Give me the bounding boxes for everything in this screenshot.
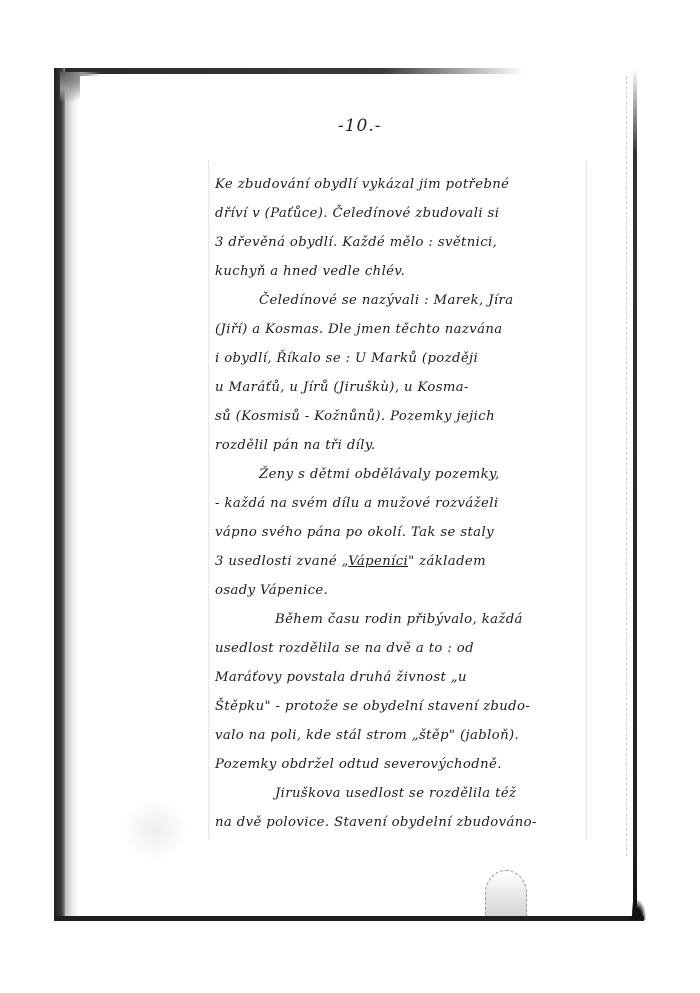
book-cover-top-edge (54, 68, 524, 74)
text-line: 3 dřevěná obydlí. Každé mělo : světnici, (215, 228, 595, 257)
page-number: -10.- (338, 116, 382, 136)
underlined-word: Vápeníci (348, 554, 408, 569)
text-line: Pozemky obdržel odtud severovýchodně. (215, 750, 595, 779)
text-line: osady Vápenice. (215, 576, 595, 605)
text-line: vápno svého pána po okolí. Tak se staly (215, 518, 595, 547)
book-cover-right-edge (633, 68, 637, 920)
text-line: usedlost rozdělila se na dvě a to : od (215, 634, 595, 663)
text-line: dříví v (Paťůce). Čeledínové zbudovali s… (215, 199, 595, 228)
text-line: Ženy s dětmi obdělávaly pozemky, (215, 460, 595, 489)
book-cover-bottom-edge (54, 916, 644, 921)
text-line: Štěpku" - protože se obydelní stavení zb… (215, 692, 595, 721)
text-line: Během času rodin přibývalo, každá (215, 605, 595, 634)
bottom-smudge (485, 870, 527, 916)
text-line: Ke zbudování obydlí vykázal jim potřebné (215, 170, 595, 199)
book-spine-edge (54, 68, 65, 920)
text-line: Čeledínové se nazývali : Marek, Jíra (215, 286, 595, 315)
page-edge-guide (626, 76, 628, 856)
text-line: - každá na svém dílu a mužové rozváželi (215, 489, 595, 518)
text-line: u Maráťů, u Jírů (Jiruškù), u Kosma- (215, 373, 595, 402)
text-line: Jiruškova usedlost se rozdělila též (215, 779, 595, 808)
text-line: i obydlí, Říkalo se : U Marků (později (215, 344, 595, 373)
text-line: sů (Kosmisů - Kožnůnů). Pozemky jejich (215, 402, 595, 431)
scanned-page: -10.- Ke zbudování obydlí vykázal jim po… (0, 0, 700, 993)
handwritten-text-block: Ke zbudování obydlí vykázal jim potřebné… (215, 170, 595, 837)
text-line: kuchyň a hned vedle chlév. (215, 257, 595, 286)
text-line: Maráťovy povstala druhá živnost „u (215, 663, 595, 692)
left-margin-guide (208, 160, 210, 840)
text-line: valo na poli, kde stál strom „štěp" (jab… (215, 721, 595, 750)
text-line: 3 usedlosti zvané „Vápeníci" základem (215, 547, 595, 576)
paper-stain (120, 800, 190, 860)
text-line: na dvě polovice. Stavení obydelní zbudov… (215, 808, 595, 837)
text-line: (Jiří) a Kosmas. Dle jmen těchto nazvána (215, 315, 595, 344)
text-line: rozdělil pán na tři díly. (215, 431, 595, 460)
spine-shadow (65, 90, 79, 920)
